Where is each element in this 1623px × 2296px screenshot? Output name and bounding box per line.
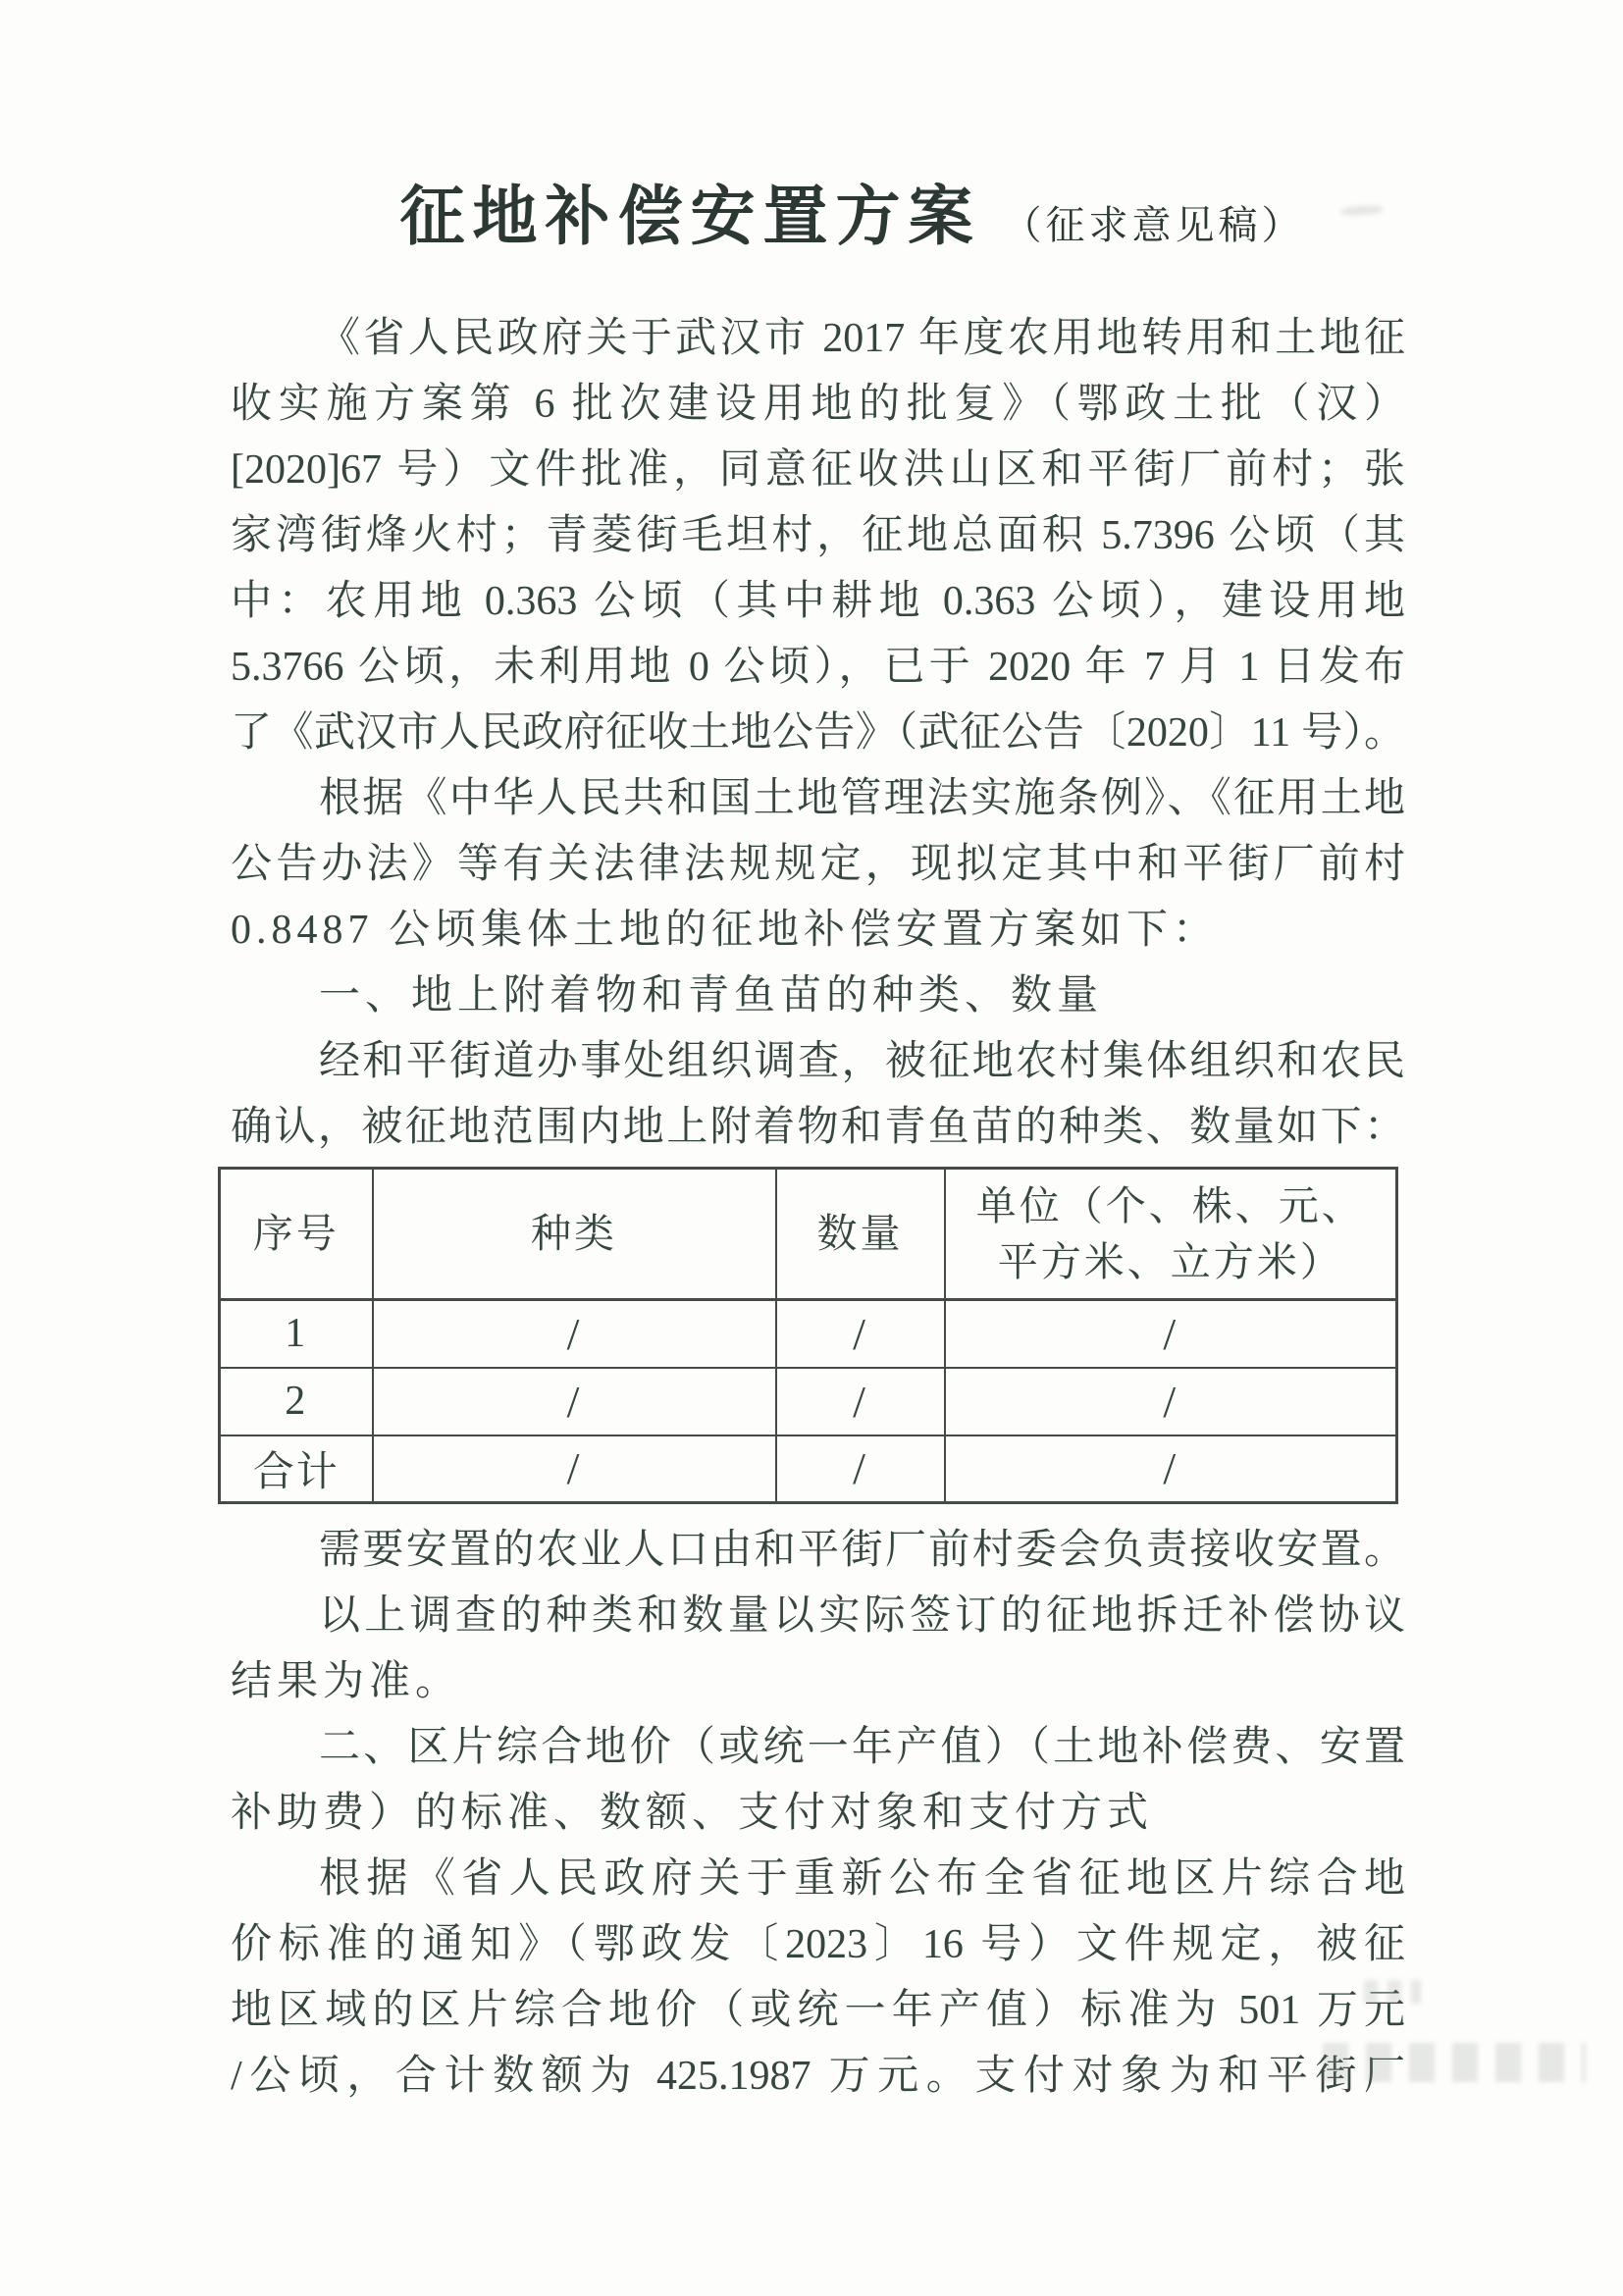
scanned-document-page: 征地补偿安置方案（征求意见稿） 《省人民政府关于武汉市 2017 年度农用地转用… — [0, 0, 1623, 2296]
text-line: 确认，被征地范围内地上附着物和青鱼苗的种类、数量如下： — [231, 1095, 1405, 1161]
table-row: 2 / / / — [220, 1368, 1397, 1435]
table-header-row: 序号 种类 数量 单位（个、株、元、平方米、立方米） — [220, 1169, 1397, 1300]
text-line: 需要安置的农业人口由和平街厂前村委会负责接收安置。 — [231, 1518, 1405, 1584]
text-line: 中：农用地 0.363 公顷（其中耕地 0.363 公顷），建设用地 — [231, 569, 1405, 635]
text-line: 了《武汉市人民政府征收土地公告》（武征公告〔2020〕11 号）。 — [231, 701, 1405, 766]
table-row: 1 / / / — [220, 1300, 1397, 1368]
table-cell: / — [945, 1368, 1397, 1435]
text-line: 结果为准。 — [231, 1649, 1405, 1715]
table-cell: / — [945, 1300, 1397, 1368]
header-cell-type: 种类 — [373, 1169, 776, 1300]
attachments-quantity-table: 序号 种类 数量 单位（个、株、元、平方米、立方米） 1 / / / 2 / — [218, 1167, 1398, 1504]
section-heading: 一、地上附着物和青鱼苗的种类、数量 — [231, 964, 1405, 1029]
text-line: 经和平街道办事处组织调查，被征地农村集体组织和农民 — [231, 1029, 1405, 1095]
text-line: 5.3766 公顷，未利用地 0 公顷），已于 2020 年 7 月 1 日发布 — [231, 635, 1405, 701]
table-cell: / — [373, 1300, 776, 1368]
text-line: 以上调查的种类和数量以实际签订的征地拆迁补偿协议 — [231, 1584, 1405, 1649]
text-line: /公顷，合计数额为 425.1987 万元。支付对象为和平街厂 — [231, 2044, 1405, 2110]
title-note: （征求意见稿） — [1003, 203, 1305, 247]
document-title: 征地补偿安置方案（征求意见稿） — [231, 173, 1405, 263]
title-text: 征地补偿安置方案 — [400, 182, 981, 253]
section-heading: 二、区片综合地价（或统一年产值）（土地补偿费、安置 — [231, 1715, 1405, 1781]
text-line: [2020]67 号）文件批准，同意征收洪山区和平街厂前村；张 — [231, 438, 1405, 503]
table-cell: / — [776, 1300, 945, 1368]
table-total-row: 合计 / / / — [220, 1435, 1397, 1503]
table-cell: / — [776, 1435, 945, 1503]
table-cell: 2 — [220, 1368, 373, 1435]
text-line: 价标准的通知》（鄂政发〔2023〕16 号）文件规定，被征 — [231, 1912, 1405, 1978]
section-heading-continued: 补助费）的标准、数额、支付对象和支付方式 — [231, 1781, 1405, 1847]
text-line: 根据《中华人民共和国土地管理法实施条例》、《征用土地 — [231, 766, 1405, 832]
text-line: 《省人民政府关于武汉市 2017 年度农用地转用和土地征 — [231, 306, 1405, 372]
header-cell-quantity: 数量 — [776, 1169, 945, 1300]
header-cell-index: 序号 — [220, 1169, 373, 1300]
table-cell: 1 — [220, 1300, 373, 1368]
text-line: 根据《省人民政府关于重新公布全省征地区片综合地 — [231, 1847, 1405, 1912]
text-line: 公告办法》等有关法律法规规定，现拟定其中和平街厂前村 — [231, 832, 1405, 898]
table-cell: / — [776, 1368, 945, 1435]
document-content: 征地补偿安置方案（征求意见稿） 《省人民政府关于武汉市 2017 年度农用地转用… — [231, 0, 1405, 2110]
text-line: 地区域的区片综合地价（或统一年产值）标准为 501 万元 — [231, 1978, 1405, 2044]
document-body: 《省人民政府关于武汉市 2017 年度农用地转用和土地征 收实施方案第 6 批次… — [231, 306, 1405, 2110]
header-cell-unit: 单位（个、株、元、平方米、立方米） — [945, 1169, 1397, 1300]
text-line: 0.8487 公顷集体土地的征地补偿安置方案如下： — [231, 898, 1405, 964]
text-line: 收实施方案第 6 批次建设用地的批复》（鄂政土批（汉） — [231, 372, 1405, 438]
text-line: 家湾街烽火村；青菱街毛坦村，征地总面积 5.7396 公顷（其 — [231, 503, 1405, 569]
table-cell: / — [373, 1368, 776, 1435]
table-cell: 合计 — [220, 1435, 373, 1503]
table-cell: / — [373, 1435, 776, 1503]
table-cell: / — [945, 1435, 1397, 1503]
